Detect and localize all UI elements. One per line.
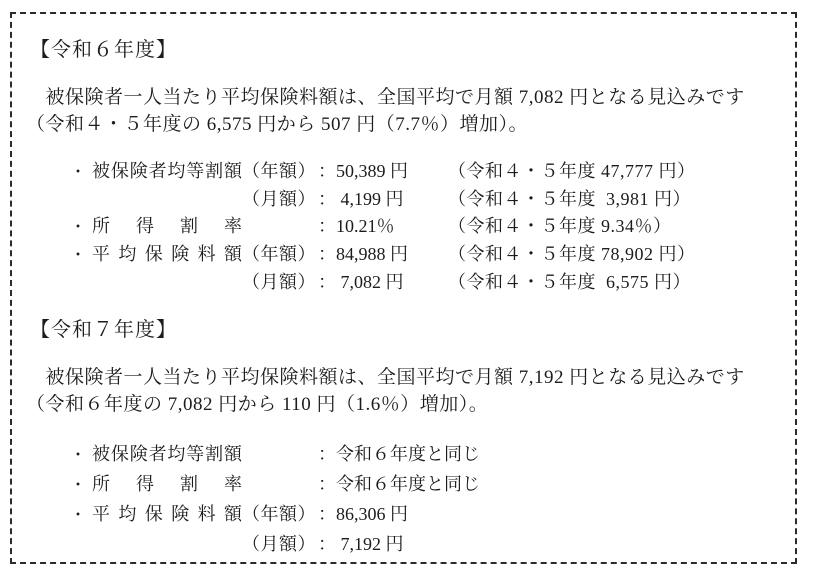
- item-label: 所得割率: [92, 213, 318, 240]
- item-label: （月額）: [92, 269, 318, 296]
- bullet-icon: ・: [70, 472, 92, 500]
- bullet-icon: ・: [70, 502, 92, 530]
- section-reiwa7: 【令和７年度】 被保険者一人当たり平均保険料額は、全国平均で月額 7,192 円…: [12, 318, 795, 558]
- item-note: （令和４・５年度 47,777 円）: [448, 158, 696, 185]
- item-label: 平均保険料額（年額）: [92, 500, 318, 528]
- item-note: （令和４・５年度 78,902 円）: [448, 241, 696, 268]
- item-note: （令和４・５年度 6,575 円）: [448, 269, 691, 296]
- premium-item-row: ・ 平均保険料額（年額） ：86,306 円: [70, 500, 795, 530]
- premium-item-row: （月額） ： 4,199 円 （令和４・５年度 3,981 円）: [70, 186, 795, 213]
- bullet-icon: ・: [70, 159, 92, 186]
- notice-document-box: 【令和６年度】 被保険者一人当たり平均保険料額は、全国平均で月額 7,082 円…: [10, 12, 797, 564]
- item-label: 被保険者均等割額: [92, 440, 318, 468]
- section-reiwa6: 【令和６年度】 被保険者一人当たり平均保険料額は、全国平均で月額 7,082 円…: [12, 38, 795, 296]
- bullet-icon: ・: [70, 442, 92, 470]
- item-value: ：10.21％: [318, 213, 448, 240]
- item-value: ： 4,199 円: [318, 186, 448, 213]
- item-note: （令和４・５年度 9.34％）: [448, 213, 672, 240]
- premium-item-row: ・ 平均保険料額（年額） ：84,988 円 （令和４・５年度 78,902 円…: [70, 241, 795, 269]
- item-value: ：50,389 円: [318, 158, 448, 185]
- premium-item-list-reiwa7: ・ 被保険者均等割額 ：令和６年度と同じ ・ 所得割率 ：令和６年度と同じ ・ …: [12, 440, 795, 558]
- item-value: ：令和６年度と同じ: [318, 470, 448, 498]
- item-value: ：令和６年度と同じ: [318, 440, 448, 468]
- intro-line: （令和６年度の 7,082 円から 110 円（1.6％）増加）。: [26, 391, 787, 418]
- section-heading-reiwa6: 【令和６年度】: [30, 38, 795, 62]
- premium-item-row: ・ 被保険者均等割額（年額） ：50,389 円 （令和４・５年度 47,777…: [70, 158, 795, 186]
- item-label: （月額）: [92, 186, 318, 213]
- intro-paragraph-reiwa6: 被保険者一人当たり平均保険料額は、全国平均で月額 7,082 円となる見込みです…: [26, 84, 787, 138]
- intro-paragraph-reiwa7: 被保険者一人当たり平均保険料額は、全国平均で月額 7,192 円となる見込みです…: [26, 364, 787, 418]
- premium-item-row: （月額） ： 7,082 円 （令和４・５年度 6,575 円）: [70, 269, 795, 296]
- intro-line: （令和４・５年度の 6,575 円から 507 円（7.7％）増加）。: [26, 111, 787, 138]
- item-value: ： 7,082 円: [318, 269, 448, 296]
- premium-item-row: （月額） ： 7,192 円: [70, 530, 795, 558]
- premium-item-list-reiwa6: ・ 被保険者均等割額（年額） ：50,389 円 （令和４・５年度 47,777…: [12, 158, 795, 296]
- premium-item-row: ・ 所得割率 ：10.21％ （令和４・５年度 9.34％）: [70, 213, 795, 241]
- item-value: ：86,306 円: [318, 500, 448, 528]
- item-label: 所得割率: [92, 470, 318, 498]
- intro-line: 被保険者一人当たり平均保険料額は、全国平均で月額 7,082 円となる見込みです: [26, 84, 787, 111]
- bullet-icon: ・: [70, 214, 92, 241]
- item-value: ： 7,192 円: [318, 530, 448, 558]
- premium-item-row: ・ 被保険者均等割額 ：令和６年度と同じ: [70, 440, 795, 470]
- section-heading-reiwa7: 【令和７年度】: [30, 318, 795, 342]
- item-value: ：84,988 円: [318, 241, 448, 268]
- item-label: （月額）: [92, 530, 318, 558]
- item-label: 被保険者均等割額（年額）: [92, 158, 318, 185]
- premium-item-row: ・ 所得割率 ：令和６年度と同じ: [70, 470, 795, 500]
- item-label: 平均保険料額（年額）: [92, 241, 318, 268]
- item-note: （令和４・５年度 3,981 円）: [448, 186, 691, 213]
- bullet-icon: ・: [70, 242, 92, 269]
- intro-line: 被保険者一人当たり平均保険料額は、全国平均で月額 7,192 円となる見込みです: [26, 364, 787, 391]
